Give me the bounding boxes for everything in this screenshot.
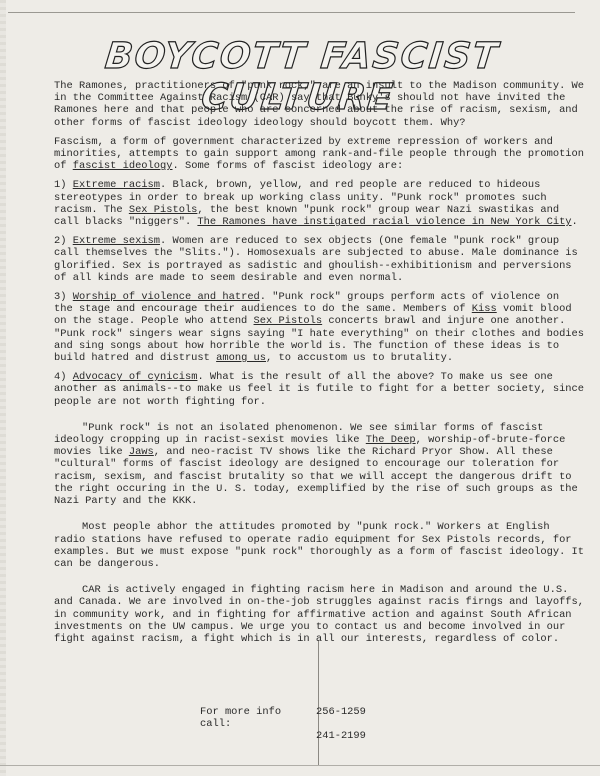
contact-info: For more info call: 256-1259 241-2199 [200,706,366,742]
fascist-ideology-term: fascist ideology [73,160,173,172]
car-paragraph: CAR is actively engaged in fighting raci… [54,584,584,645]
sex-pistols-ref: Sex Pistols [254,315,323,327]
flyer-page: BOYCOTT FASCIST CULTURE The Ramones, pra… [0,0,600,776]
point-number: 3) [54,291,66,303]
intro-paragraph: The Ramones, practitioners of "punk rock… [54,80,584,129]
point-text: . [572,216,578,228]
kiss-ref: Kiss [472,303,497,315]
phone-number-2: 241-2199 [316,730,366,742]
fascism-text-end: . Some forms of fascist ideology are: [173,160,404,172]
point-heading: Advocacy of cynicism [73,371,198,383]
fascism-paragraph: Fascism, a form of government characteri… [54,136,584,173]
abhor-paragraph: Most people abhor the attitudes promoted… [54,521,584,570]
point-4: 4) Advocacy of cynicism. What is the res… [54,371,584,408]
among-us-ref: among us [216,352,266,364]
phone-number-1: 256-1259 [316,706,366,730]
bottom-fold-line [0,765,600,766]
point-2: 2) Extreme sexism. Women are reduced to … [54,235,584,284]
point-1: 1) Extreme racism. Black, brown, yellow,… [54,179,584,228]
point-heading: Extreme sexism [73,235,160,247]
fold-crease [318,640,319,765]
movie-the-deep: The Deep [366,434,416,446]
contact-label: For more info call: [200,706,316,730]
point-3: 3) Worship of violence and hatred. "Punk… [54,291,584,364]
paper-edge [0,0,6,776]
movie-jaws: Jaws [129,446,154,458]
point-text: , to accustom us to brutality. [266,352,453,364]
point-heading: Extreme racism [73,179,160,191]
phenomenon-paragraph: "Punk rock" is not an isolated phenomeno… [54,422,584,507]
point-number: 1) [54,179,66,191]
ramones-violence-claim: The Ramones have instigated racial viole… [197,216,571,228]
point-number: 2) [54,235,66,247]
top-fold-line [8,12,575,13]
point-number: 4) [54,371,66,383]
point-heading: Worship of violence and hatred [73,291,260,303]
sex-pistols-ref: Sex Pistols [129,204,198,216]
flyer-body: The Ramones, practitioners of "punk rock… [54,80,584,652]
